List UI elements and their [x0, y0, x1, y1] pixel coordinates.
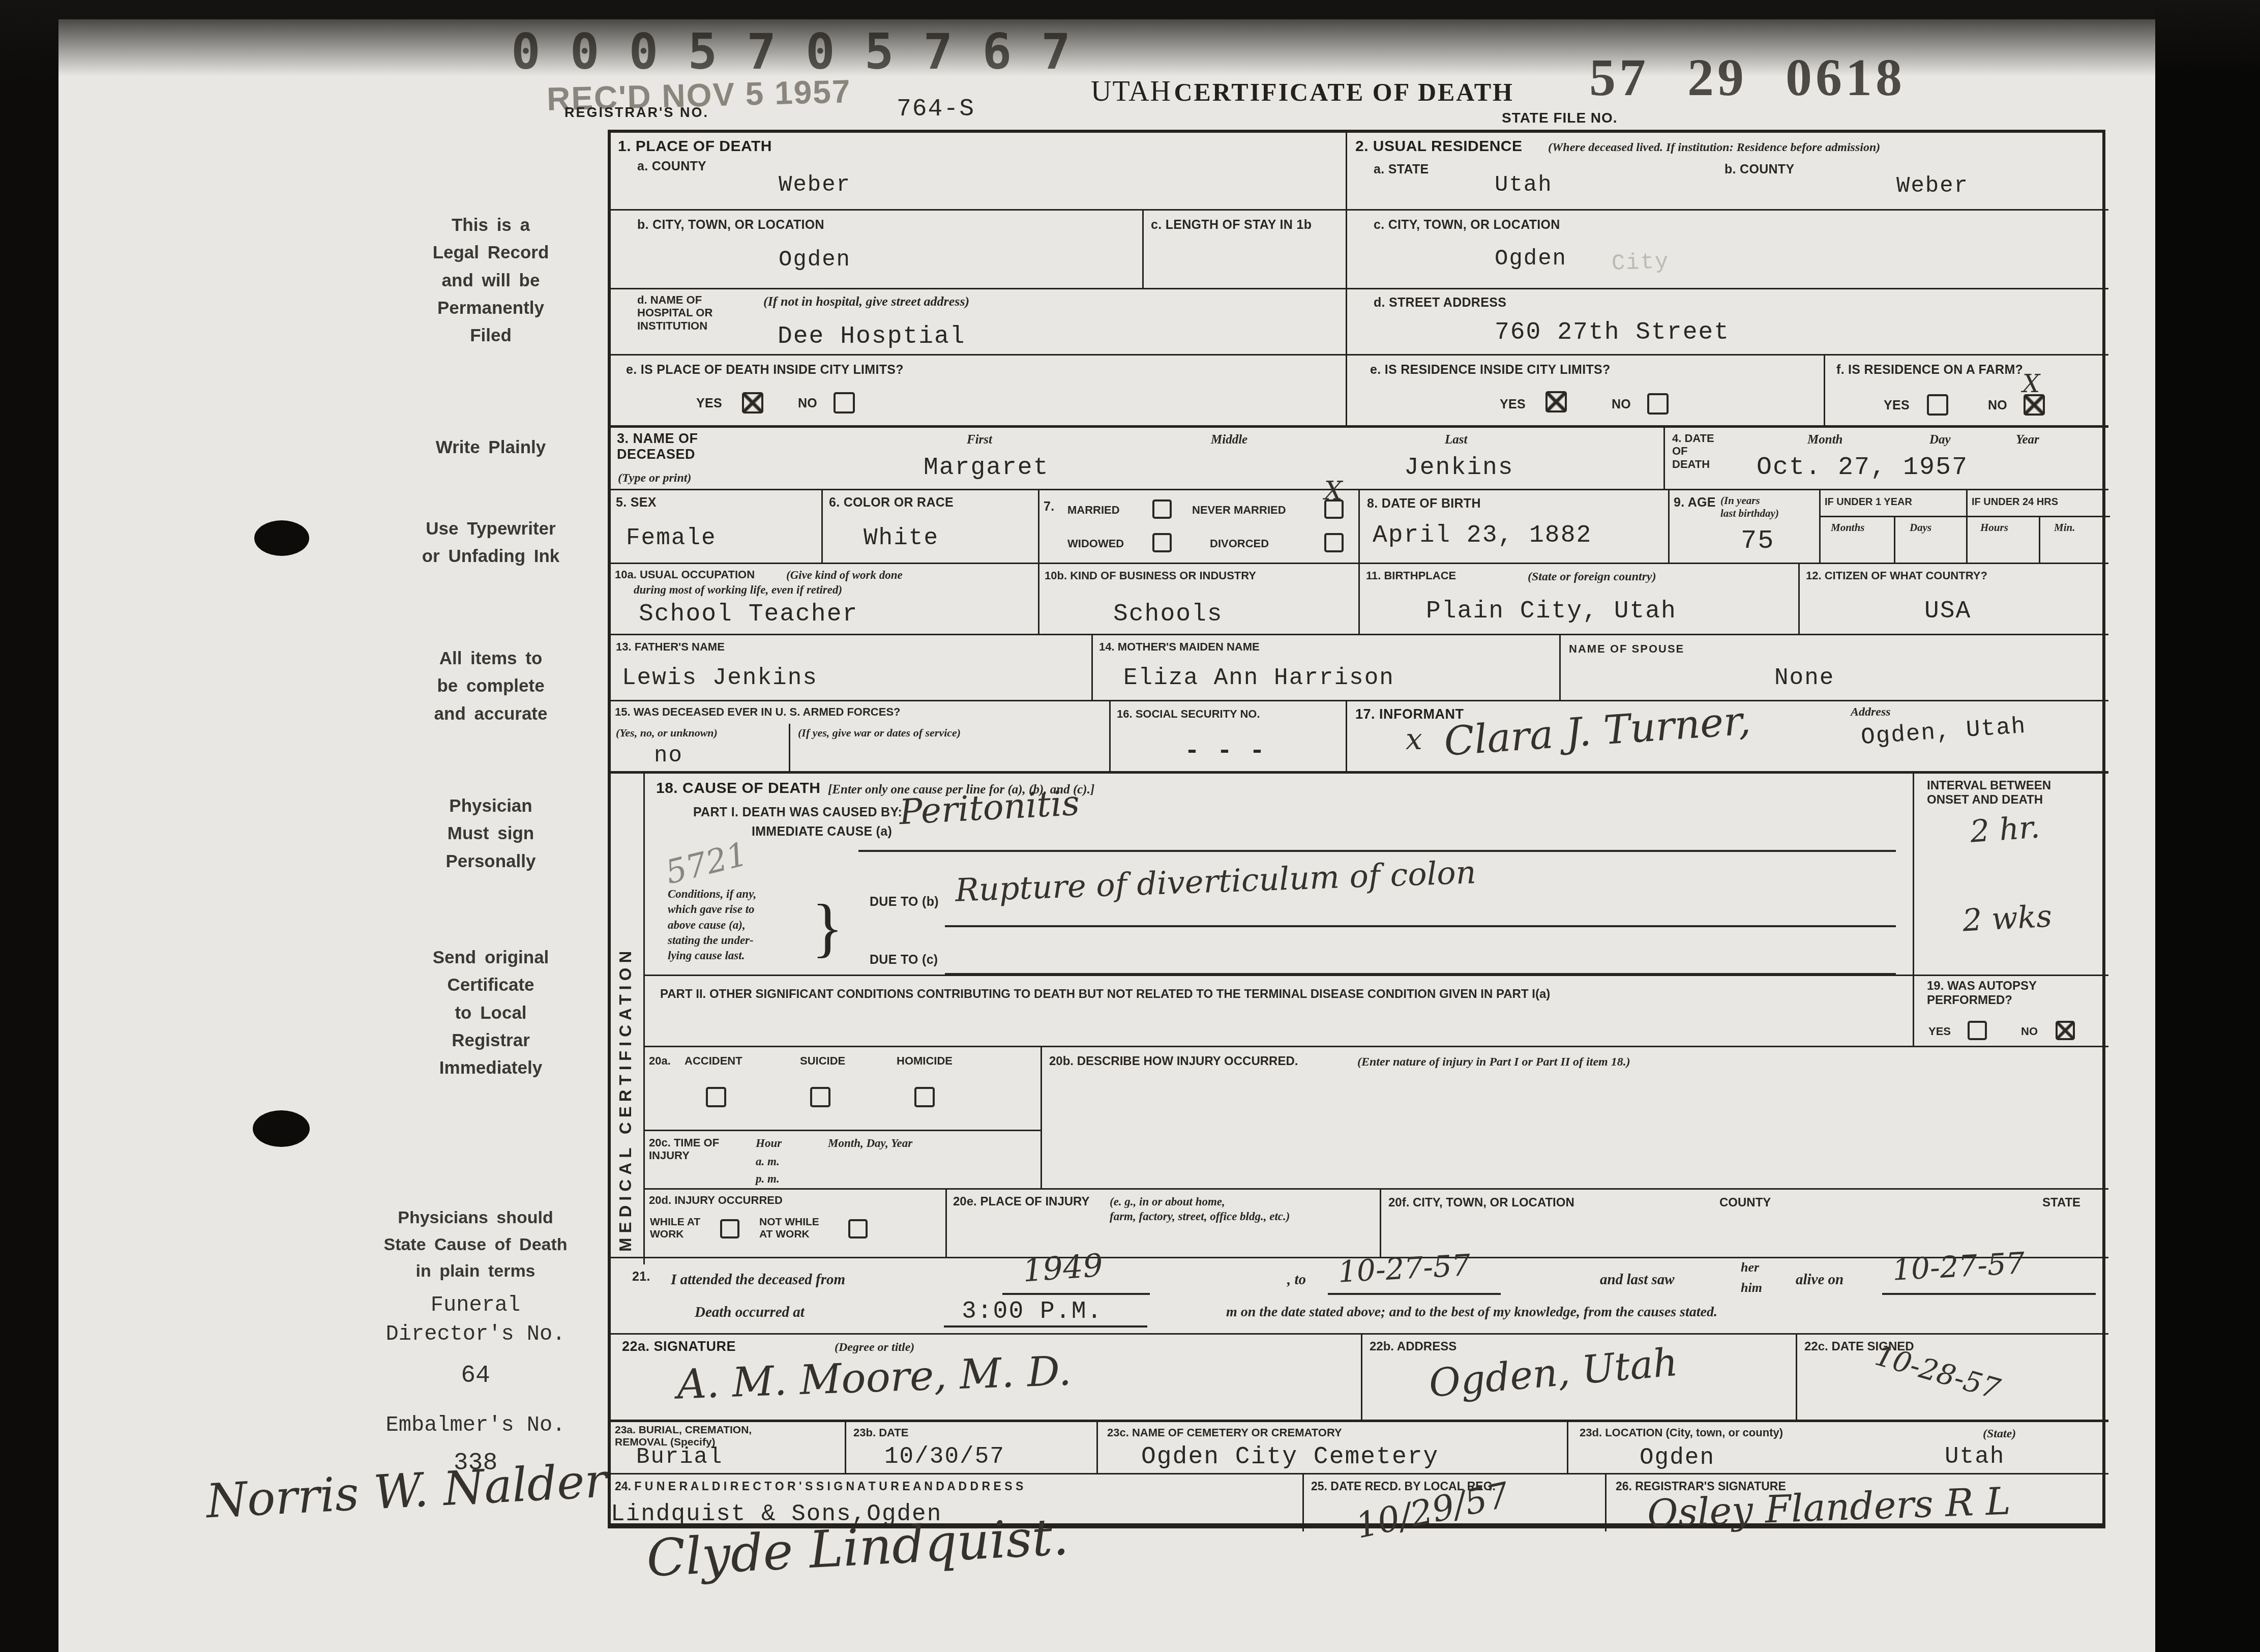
cause-a-line [858, 850, 1896, 852]
field-5-label: 5. SEX [616, 495, 657, 511]
field-15-note1: (Yes, no, or unknown) [616, 726, 718, 740]
attended-from-value: 1949 [1022, 1247, 1105, 1289]
cell-part2: PART II. OTHER SIGNIFICANT CONDITIONS CO… [645, 975, 1913, 1046]
field-10b-label: 10b. KIND OF BUSINESS OR INDUSTRY [1045, 569, 1256, 582]
checkbox-2f-yes [1927, 394, 1948, 416]
attended-to-line [1328, 1293, 1501, 1295]
certificate-title-main: CERTIFICATE OF DEATH [1174, 78, 1514, 106]
funeral-director-no-label: Funeral Director's No. [343, 1291, 608, 1348]
attended-to-value: 10-27-57 [1337, 1248, 1471, 1289]
field-23d-state-label: (State) [1983, 1426, 2016, 1441]
cell-10b-industry: 10b. KIND OF BUSINESS OR INDUSTRY School… [1038, 563, 1358, 634]
field-20b-note: (Enter nature of injury in Part I or Par… [1357, 1054, 1630, 1070]
field-1c-label: c. LENGTH OF STAY IN 1b [1151, 218, 1339, 233]
paper: 0005705767 REC'D NOV 5 1957 REGISTRAR'S … [58, 19, 2155, 1652]
margin-note-typewriter: Use Typewriter or Unfading Ink [348, 515, 633, 571]
informant-signature: Clara J. Turner, [1443, 698, 1752, 765]
field-2b-value: Weber [1896, 173, 1969, 199]
field-20f-state-label: STATE [2042, 1196, 2080, 1210]
field-20e-label: 20e. PLACE OF INJURY [953, 1195, 1090, 1209]
field-21-text3: and last saw [1600, 1271, 1675, 1289]
field-23c-value: Ogden City Cemetery [1141, 1443, 1439, 1471]
field-1e-no-label: NO [798, 396, 817, 411]
cell-2ab-state-county: 2. USUAL RESIDENCE (Where deceased lived… [1346, 133, 2108, 209]
certificate-form: 1. PLACE OF DEATH a. COUNTY Weber 2. USU… [608, 130, 2105, 1528]
checkbox-20d-not-while [848, 1219, 868, 1238]
field-21-him: him [1741, 1280, 1762, 1296]
medical-certification-strip: MEDICAL CERTIFICATION [611, 771, 645, 1264]
field-10a-note: (Give kind of work done during most of w… [634, 568, 903, 598]
checkbox-7-married [1152, 499, 1172, 519]
field-20c-pm-label: p. m. [756, 1172, 780, 1187]
cell-13-father: 13. FATHER'S NAME Lewis Jenkins [611, 634, 1091, 700]
cell-20c-time-of-injury: 20c. TIME OF INJURY Hour Month, Day, Yea… [645, 1130, 1040, 1188]
checkbox-1e-no [834, 392, 855, 414]
cell-23c-cemetery: 23c. NAME OF CEMETERY OR CREMATORY Ogden… [1096, 1420, 1567, 1473]
embalmer-signature: Norris W. Nalder [205, 1453, 608, 1528]
divider [1894, 516, 1895, 564]
death-time-line [944, 1325, 1147, 1327]
mark-7-never-married-x: X [1324, 476, 1343, 506]
field-2f-yes-label: YES [1884, 398, 1910, 414]
cell-2d-street: d. STREET ADDRESS 760 27th Street [1346, 288, 2108, 354]
field-4-year-header: Year [2016, 432, 2039, 448]
field-18-conditions-note: Conditions, if any, which gave rise to a… [668, 887, 756, 964]
field-21-text4: alive on [1796, 1271, 1843, 1289]
punch-hole-top [254, 520, 309, 556]
field-3-last-header: Last [1445, 432, 1467, 448]
field-1a-value: Weber [779, 172, 851, 198]
field-20d-not-while-label: NOT WHILE AT WORK [759, 1216, 819, 1241]
checkbox-20a-homicide [914, 1087, 935, 1107]
field-10b-value: Schools [1113, 601, 1223, 628]
field-spouse-label: NAME OF SPOUSE [1569, 642, 1684, 655]
field-13-label: 13. FATHER'S NAME [616, 640, 725, 653]
mark-17-x: x [1406, 722, 1422, 756]
field-1a-label: a. COUNTY [637, 159, 706, 174]
field-2c-label: c. CITY, TOWN, OR LOCATION [1374, 218, 1560, 233]
field-9-min-label: Min. [2054, 521, 2075, 534]
field-20d-while-label: WHILE AT WORK [650, 1216, 700, 1241]
field-11-note: (State or foreign country) [1528, 569, 1656, 584]
cell-1c-length-of-stay: c. LENGTH OF STAY IN 1b [1142, 209, 1346, 288]
scan-border-right [2155, 0, 2260, 1652]
field-21-text5: Death occurred at [695, 1303, 805, 1321]
field-2a-value: Utah [1495, 172, 1553, 198]
mark-2f-x: X [2023, 370, 2040, 398]
field-10a-value: School Teacher [639, 601, 858, 628]
cell-2f-farm: f. IS RESIDENCE ON A FARM? YES NO X [1824, 354, 2108, 425]
scan-border-left [0, 0, 58, 1652]
field-9-under1-label: IF UNDER 1 YEAR [1825, 496, 1912, 508]
field-18-immediate-label: IMMEDIATE CAUSE (a) [752, 824, 892, 840]
field-23b-value: 10/30/57 [884, 1443, 1005, 1470]
cell-1a-county: 1. PLACE OF DEATH a. COUNTY Weber [611, 133, 1346, 209]
field-2e-no-label: NO [1612, 397, 1631, 412]
field-4-value: Oct. 27, 1957 [1757, 453, 1968, 482]
field-2c-value: Ogden [1495, 246, 1567, 272]
registrar-no-value: 764-S [897, 96, 975, 123]
cell-22a-signature: 22a. SIGNATURE (Degree or title) A. M. M… [611, 1333, 1361, 1420]
cell-20b-describe-injury: 20b. DESCRIBE HOW INJURY OCCURRED. (Ente… [1040, 1046, 2108, 1188]
field-23b-label: 23b. DATE [853, 1426, 908, 1439]
field-9-hours-label: Hours [1980, 521, 2008, 534]
margin-note-plain-terms: Physicians should State Cause of Death i… [303, 1204, 648, 1285]
funeral-director-no-value: 64 [343, 1362, 608, 1390]
checkbox-2e-yes [1545, 391, 1567, 412]
cell-2c-city: c. CITY, TOWN, OR LOCATION Ogden City [1346, 209, 2108, 288]
cell-8-date-of-birth: 8. DATE OF BIRTH April 23, 1882 [1358, 489, 1668, 563]
checkbox-19-yes [1968, 1021, 1987, 1040]
field-11-value: Plain City, Utah [1426, 598, 1677, 625]
medical-certification-label: MEDICAL CERTIFICATION [616, 794, 635, 1252]
cell-23b-date: 23b. DATE 10/30/57 [845, 1420, 1096, 1473]
field-14-label: 14. MOTHER'S MAIDEN NAME [1099, 640, 1260, 653]
cell-22c-date-signed: 22c. DATE SIGNED 10-28-57 [1796, 1333, 2108, 1420]
death-time-value: 3:00 P.M. [962, 1298, 1103, 1325]
field-18-interval-label: INTERVAL BETWEEN ONSET AND DEATH [1927, 779, 2051, 807]
field-1b-value: Ogden [779, 247, 851, 273]
cause-b-line [945, 925, 1896, 927]
scan-shadow-top [0, 0, 2260, 76]
punch-hole-bottom [253, 1110, 310, 1147]
divider [2039, 516, 2040, 564]
field-7-divorced-label: DIVORCED [1210, 537, 1269, 550]
cell-20e-place-of-injury: 20e. PLACE OF INJURY (e. g., in or about… [945, 1188, 1380, 1257]
field-7-widowed-label: WIDOWED [1067, 537, 1124, 550]
field-14-value: Eliza Ann Harrison [1123, 665, 1394, 691]
field-20c-am-label: a. m. [756, 1155, 780, 1169]
field-23d-city-value: Ogden [1640, 1444, 1715, 1471]
field-part2-label: PART II. OTHER SIGNIFICANT CONDITIONS CO… [660, 987, 1891, 1001]
field-15-value: no [654, 743, 683, 769]
field-20b-label: 20b. DESCRIBE HOW INJURY OCCURRED. [1049, 1054, 1298, 1069]
field-22a-label: 22a. SIGNATURE [622, 1339, 736, 1354]
field-20a-num: 20a. [649, 1054, 671, 1067]
cell-1d-hospital: d. NAME OF HOSPITAL OR INSTITUTION (If n… [611, 288, 1346, 354]
cell-10a-occupation: 10a. USUAL OCCUPATION (Give kind of work… [611, 563, 1038, 634]
state-file-no-label: STATE FILE NO. [1502, 110, 1618, 126]
field-1d-value: Dee Hosptial [778, 323, 966, 350]
field-20a-homicide-label: HOMICIDE [897, 1054, 953, 1067]
field-7-married-label: MARRIED [1067, 504, 1120, 516]
field-20e-note: (e. g., in or about home, farm, factory,… [1110, 1195, 1290, 1224]
field-21-text6: m on the date stated above; and to the b… [1226, 1303, 1717, 1321]
field-4-label: 4. DATE OF DEATH [1672, 432, 1714, 470]
cell-25-date-received: 25. DATE RECD. BY LOCAL REG. 10/29/57 [1302, 1473, 1605, 1531]
field-16-label: 16. SOCIAL SECURITY NO. [1117, 707, 1260, 720]
checkbox-2e-no [1647, 393, 1669, 415]
embalmer-no-label: Embalmer's No. [333, 1413, 618, 1437]
field-9-value: 75 [1741, 526, 1774, 556]
field-1e-label: e. IS PLACE OF DEATH INSIDE CITY LIMITS? [626, 363, 904, 378]
field-20d-label: 20d. INJURY OCCURRED [649, 1194, 783, 1206]
field-spouse-value: None [1774, 665, 1834, 691]
field-19-yes-label: YES [1928, 1025, 1951, 1038]
cell-6-color-race: 6. COLOR OR RACE White [821, 489, 1038, 563]
section2-title: 2. USUAL RESIDENCE [1355, 138, 1523, 155]
cell-17-informant: 17. INFORMANT Address x Clara J. Turner,… [1346, 700, 2108, 771]
field-3-first-header: First [967, 432, 992, 448]
cell-1b-city: b. CITY, TOWN, OR LOCATION Ogden [611, 209, 1142, 288]
field-23d-label: 23d. LOCATION (City, town, or county) [1580, 1426, 1783, 1439]
cell-3-name-of-deceased: 3. NAME OF DECEASED (Type or print) Firs… [611, 425, 1663, 489]
field-9-label: 9. AGE [1674, 495, 1716, 511]
last-seen-value: 10-27-57 [1891, 1246, 2026, 1287]
field-3-last-value: Jenkins [1404, 454, 1514, 482]
cell-19-autopsy: 19. WAS AUTOPSY PERFORMED? YES NO [1913, 975, 2108, 1046]
cell-23a-burial: 23a. BURIAL, CREMATION, REMOVAL (Specify… [611, 1420, 845, 1473]
cell-9-age: 9. AGE (In years last birthday) 75 [1668, 489, 1819, 563]
cell-1e-city-limits: e. IS PLACE OF DEATH INSIDE CITY LIMITS?… [611, 354, 1346, 425]
field-11-label: 11. BIRTHPLACE [1366, 569, 1456, 582]
field-5-value: Female [626, 525, 717, 551]
field-1d-label: d. NAME OF HOSPITAL OR INSTITUTION [637, 293, 712, 332]
margin-note-complete: All items to be complete and accurate [364, 645, 618, 728]
field-1e-yes-label: YES [696, 396, 722, 411]
cell-12-citizen: 12. CITIZEN OF WHAT COUNTRY? USA [1798, 563, 2108, 634]
field-2c-erased-ghost: City [1611, 249, 1670, 277]
interval-b-value: 2 wks [1961, 898, 2053, 938]
conditions-brace: } [812, 890, 843, 966]
field-8-label: 8. DATE OF BIRTH [1367, 496, 1481, 512]
field-12-label: 12. CITIZEN OF WHAT COUNTRY? [1806, 569, 1987, 582]
checkbox-7-widowed [1152, 533, 1172, 552]
cell-24-funeral-director: 24. F U N E R A L D I R E C T O R ' S S … [611, 1473, 1302, 1531]
field-18-title: 18. CAUSE OF DEATH [656, 780, 821, 797]
field-2b-label: b. COUNTY [1724, 162, 1794, 178]
section2-title-note: (Where deceased lived. If institution: R… [1548, 140, 2097, 155]
field-15-label: 15. WAS DECEASED EVER IN U. S. ARMED FOR… [615, 705, 901, 718]
divider [789, 724, 790, 773]
field-3-middle-header: Middle [1211, 432, 1247, 448]
checkbox-19-no [2056, 1021, 2075, 1040]
field-13-value: Lewis Jenkins [622, 665, 818, 691]
field-18-part1: PART I. DEATH WAS CAUSED BY: [693, 805, 902, 820]
cell-7-marital-status: 7. MARRIED NEVER MARRIED X WIDOWED DIVOR… [1038, 489, 1358, 563]
cell-16-ssn: 16. SOCIAL SECURITY NO. - - - [1109, 700, 1346, 771]
field-7-num: 7. [1044, 499, 1054, 515]
field-9-under24-label: IF UNDER 24 HRS [1972, 496, 2058, 508]
field-23c-label: 23c. NAME OF CEMETERY OR CREMATORY [1107, 1426, 1342, 1439]
field-3-label: 3. NAME OF DECEASED [617, 431, 698, 462]
field-2a-label: a. STATE [1374, 162, 1429, 178]
field-21-num: 21. [632, 1270, 650, 1285]
field-22b-label: 22b. ADDRESS [1370, 1340, 1456, 1354]
field-20c-hour-label: Hour [756, 1136, 782, 1151]
certificate-title-state: UTAH [1091, 76, 1172, 107]
field-23a-value: Burial [636, 1444, 723, 1470]
field-20f-county-label: COUNTY [1719, 1196, 1771, 1210]
field-6-label: 6. COLOR OR RACE [829, 495, 954, 511]
margin-note-send-original: Send original Certificate to Local Regis… [364, 944, 618, 1082]
field-12-value: USA [1924, 598, 1971, 625]
margin-note-legal-record: This is a Legal Record and will be Perma… [364, 212, 618, 349]
date-signed-value: 10-28-57 [1871, 1339, 2004, 1406]
field-4-day-header: Day [1929, 432, 1951, 448]
field-3-note: (Type or print) [618, 470, 691, 486]
scanned-death-certificate: 0005705767 REC'D NOV 5 1957 REGISTRAR'S … [0, 0, 2260, 1652]
field-6-value: White [864, 525, 939, 551]
certificate-title: UTAH CERTIFICATE OF DEATH [1091, 75, 1514, 108]
interval-a-value: 2 hr. [1969, 809, 2041, 849]
margin-note-physician-sign: Physician Must sign Personally [364, 792, 618, 875]
last-seen-line [1882, 1293, 2096, 1295]
field-24-label: 24. F U N E R A L D I R E C T O R ' S S … [615, 1480, 1023, 1493]
physician-address: Ogden, Utah [1427, 1339, 1680, 1406]
field-19-no-label: NO [2021, 1025, 2038, 1038]
cell-22b-address: 22b. ADDRESS Ogden, Utah [1361, 1333, 1796, 1420]
field-4-month-header: Month [1807, 432, 1842, 448]
registrar-no-label: REGISTRAR'S NO. [564, 105, 709, 121]
cell-spouse: NAME OF SPOUSE None [1559, 634, 2108, 700]
physician-signature: A. M. Moore, M. D. [676, 1347, 1072, 1408]
field-2e-yes-label: YES [1500, 397, 1526, 412]
field-23d-state-value: Utah [1945, 1443, 2005, 1470]
field-21-her: her [1741, 1259, 1759, 1276]
cell-20a-accident: 20a. ACCIDENT SUICIDE HOMICIDE [645, 1046, 1040, 1130]
field-2d-value: 760 27th Street [1495, 319, 1730, 346]
field-7-never-married-label: NEVER MARRIED [1192, 504, 1286, 516]
cell-20d-injury-occurred: 20d. INJURY OCCURRED WHILE AT WORK NOT W… [645, 1188, 945, 1257]
cell-2e-city-limits: e. IS RESIDENCE INSIDE CITY LIMITS? YES … [1346, 354, 1824, 425]
field-17-address-label: Address [1851, 704, 1891, 720]
field-20c-label: 20c. TIME OF INJURY [649, 1136, 719, 1162]
field-18-due-b-label: DUE TO (b) [870, 895, 939, 910]
field-2f-label: f. IS RESIDENCE ON A FARM? [1836, 363, 2023, 378]
field-2d-label: d. STREET ADDRESS [1374, 296, 1506, 311]
field-2e-label: e. IS RESIDENCE INSIDE CITY LIMITS? [1370, 363, 1611, 378]
cell-5-sex: 5. SEX Female [611, 489, 821, 563]
cell-18-interval: INTERVAL BETWEEN ONSET AND DEATH 2 hr. 2… [1913, 771, 2108, 975]
cause-b-value: Rupture of diverticulum of colon [955, 853, 1477, 909]
field-20a-suicide-label: SUICIDE [800, 1054, 845, 1067]
field-20f-label: 20f. CITY, TOWN, OR LOCATION [1388, 1196, 1574, 1210]
cell-9-under-1-year: IF UNDER 1 YEAR Months Days [1819, 489, 1966, 563]
field-1b-label: b. CITY, TOWN, OR LOCATION [637, 218, 824, 233]
pencil-code: 5721 [662, 835, 751, 892]
field-1d-note: (If not in hospital, give street address… [763, 293, 969, 310]
field-20a-accident-label: ACCIDENT [685, 1054, 742, 1067]
field-16-value: - - - [1184, 737, 1266, 766]
cell-9-under-24-hrs: IF UNDER 24 HRS Hours Min. [1966, 489, 2108, 563]
field-9-note: (In years last birthday) [1720, 494, 1779, 520]
field-19-label: 19. WAS AUTOPSY PERFORMED? [1927, 979, 2037, 1007]
cell-21-attended: 21. I attended the deceased from 1949 , … [611, 1257, 2108, 1333]
checkbox-20a-accident [706, 1087, 726, 1107]
cell-18-cause-of-death: 18. CAUSE OF DEATH [Enter only one cause… [645, 771, 1913, 975]
cell-4-date-of-death: 4. DATE OF DEATH Month Day Year Oct. 27,… [1663, 425, 2108, 489]
field-20c-mdy-label: Month, Day, Year [828, 1136, 912, 1151]
cell-23d-location: 23d. LOCATION (City, town, or county) (S… [1567, 1420, 2108, 1473]
field-9-months-label: Months [1831, 521, 1865, 534]
cell-26-registrar: 26. REGISTRAR'S SIGNATURE Osley Flanders… [1605, 1473, 2108, 1531]
checkbox-1e-yes [742, 392, 763, 414]
attended-from-line [1002, 1293, 1150, 1295]
cell-11-birthplace: 11. BIRTHPLACE (State or foreign country… [1358, 563, 1798, 634]
field-8-value: April 23, 1882 [1373, 522, 1592, 549]
cell-15-armed-forces: 15. WAS DECEASED EVER IN U. S. ARMED FOR… [611, 700, 1109, 771]
cell-14-mother: 14. MOTHER'S MAIDEN NAME Eliza Ann Harri… [1091, 634, 1559, 700]
field-21-text1: I attended the deceased from [671, 1271, 845, 1289]
margin-note-write-plainly: Write Plainly [364, 434, 618, 461]
field-21-text2: , to [1287, 1271, 1306, 1289]
field-18-due-c-label: DUE TO (c) [870, 953, 938, 968]
field-9-days-label: Days [1910, 521, 1931, 534]
field-2f-no-label: NO [1988, 398, 2007, 414]
checkbox-7-divorced [1324, 533, 1344, 552]
checkbox-20a-suicide [810, 1087, 830, 1107]
field-3-first-value: Margaret [924, 454, 1049, 482]
section1-title: 1. PLACE OF DEATH [618, 138, 772, 155]
field-15-note2: (If yes, give war or dates of service) [798, 726, 961, 740]
checkbox-20d-while [720, 1219, 739, 1238]
